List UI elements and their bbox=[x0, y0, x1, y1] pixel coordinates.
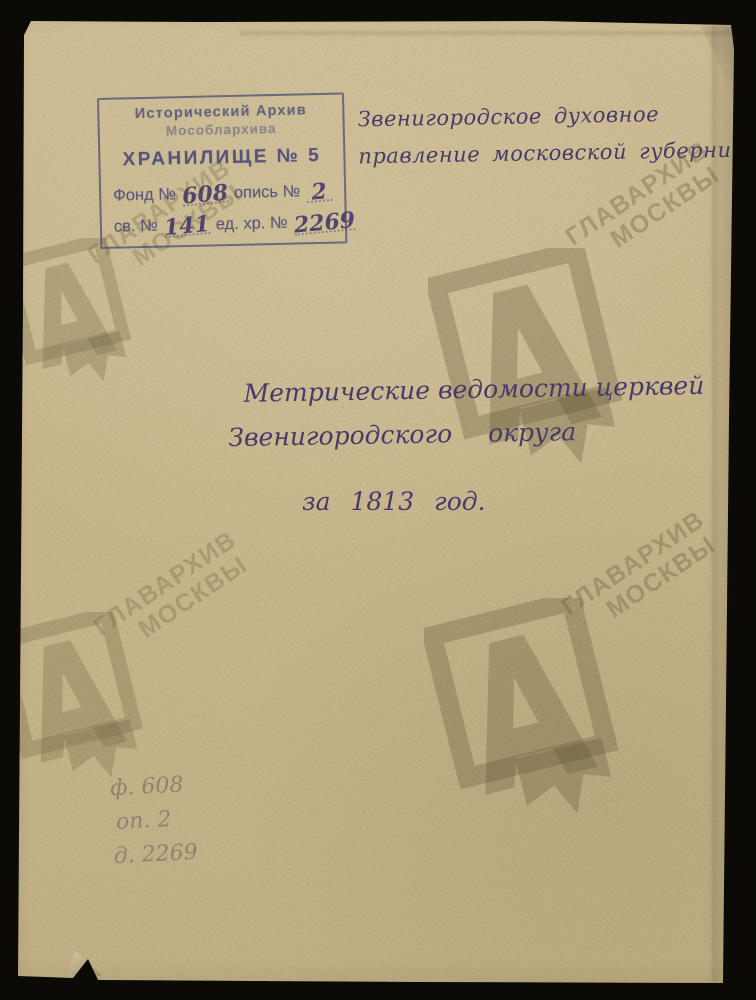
pencil-opis: оп. 2 bbox=[115, 802, 197, 840]
pencil-delo: д. 2269 bbox=[113, 836, 199, 874]
pencil-archive-refs: ф. 608 оп. 2 д. 2269 bbox=[109, 768, 198, 874]
handwritten-title-line2: Звенигородского округа bbox=[228, 408, 705, 460]
handwritten-title: Метрические ведомости церквей Звенигород… bbox=[227, 364, 705, 460]
handwritten-header: Звенигородское духовное правление москов… bbox=[357, 95, 745, 176]
watermark-text: ГЛАВАРХИВ МОСКВЫ bbox=[89, 526, 257, 664]
archive-stamp: Исторический Архив Мособлархива ХРАНИЛИЩ… bbox=[97, 92, 347, 249]
horizontal-crease bbox=[240, 31, 732, 35]
stamp-opis-label: опись № bbox=[234, 180, 301, 204]
watermark-line2: МОСКВЫ bbox=[134, 549, 257, 644]
pencil-fond: ф. 608 bbox=[109, 768, 195, 806]
stamp-fond-label: Фонд № bbox=[113, 183, 176, 206]
stamp-opis-value: 2 bbox=[306, 183, 333, 203]
glavarkhiv-a-badge-icon bbox=[0, 612, 144, 796]
stamp-bundle-label: св. № bbox=[114, 215, 158, 238]
bottom-left-tear bbox=[66, 950, 102, 982]
stamp-fond-value: 608 bbox=[181, 184, 228, 206]
glavarkhiv-a-badge-icon bbox=[424, 598, 620, 838]
handwritten-header-line2: правление московской губернии bbox=[358, 132, 746, 176]
paper-sheet: ГЛАВАРХИВ МОСКВЫ ГЛАВАРХИВ МОСКВЫ ГЛАВАР… bbox=[0, 0, 756, 1000]
scanned-archive-cover: ГЛАВАРХИВ МОСКВЫ ГЛАВАРХИВ МОСКВЫ ГЛАВАР… bbox=[0, 0, 756, 1000]
stamp-item-value: 2269 bbox=[293, 212, 356, 236]
watermark-line2: МОСКВЫ bbox=[602, 529, 725, 624]
watermark-line1: ГЛАВАРХИВ bbox=[89, 526, 242, 641]
vertical-crease bbox=[712, 26, 734, 982]
stamp-org-line2: Мособлархива bbox=[100, 119, 343, 140]
stamp-storage-line: ХРАНИЛИЩЕ № 5 bbox=[100, 144, 343, 172]
handwritten-title-line1: Метрические ведомости церквей bbox=[227, 364, 704, 416]
watermark-line2: МОСКВЫ bbox=[606, 159, 729, 254]
stamp-item-label: ед. хр. № bbox=[215, 212, 287, 236]
stamp-item-row: св. № 141 ед. хр. № 2269 bbox=[114, 211, 333, 238]
watermark-text: ГЛАВАРХИВ МОСКВЫ bbox=[557, 506, 725, 644]
handwritten-year: за 1813 год. bbox=[302, 487, 486, 516]
stamp-fond-row: Фонд № 608 опись № 2 bbox=[113, 180, 332, 207]
glavarkhiv-a-badge-icon bbox=[2, 238, 132, 398]
stamp-bundle-value: 141 bbox=[163, 216, 210, 238]
watermark-line1: ГЛАВАРХИВ bbox=[557, 506, 710, 621]
